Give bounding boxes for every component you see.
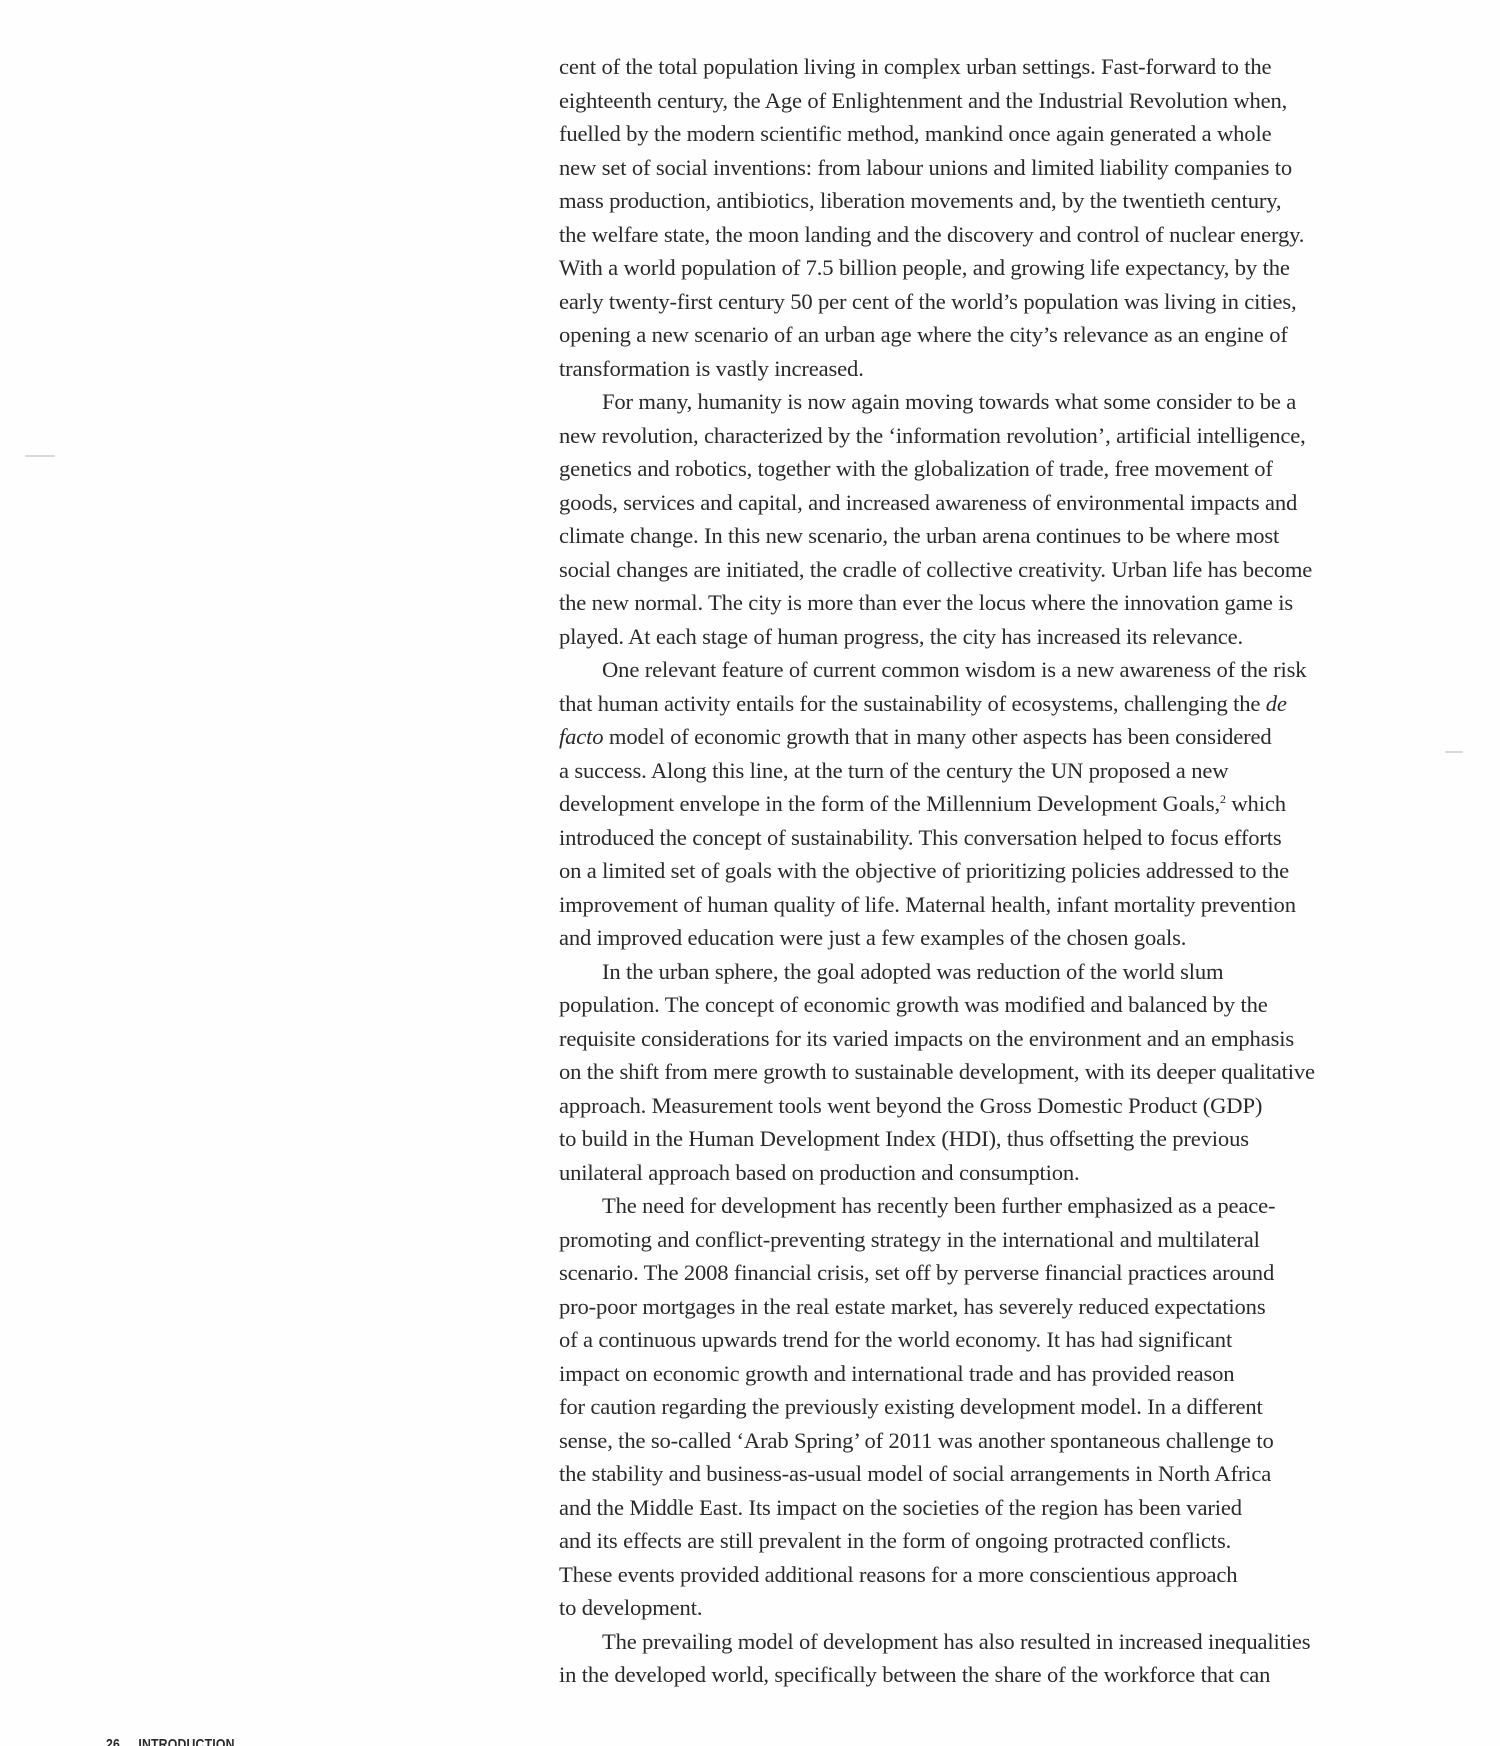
text-line: climate change. In this new scenario, th… (559, 519, 1439, 553)
line-text: These events provided additional reasons… (559, 1562, 1237, 1587)
line-text: mass production, antibiotics, liberation… (559, 188, 1281, 213)
line-text: One relevant feature of current common w… (602, 657, 1306, 682)
text-line: new set of social inventions: from labou… (559, 151, 1439, 185)
line-text: in the developed world, specifically bet… (559, 1662, 1270, 1687)
line-text: opening a new scenario of an urban age w… (559, 322, 1288, 347)
text-line: With a world population of 7.5 billion p… (559, 251, 1439, 285)
text-line: early twenty-first century 50 per cent o… (559, 285, 1439, 319)
text-line: the welfare state, the moon landing and … (559, 218, 1439, 252)
text-line: new revolution, characterized by the ‘in… (559, 419, 1439, 453)
line-text: on the shift from mere growth to sustain… (559, 1059, 1315, 1084)
text-line: the stability and business-as-usual mode… (559, 1457, 1439, 1491)
line-text: climate change. In this new scenario, th… (559, 523, 1279, 548)
line-text: fuelled by the modern scientific method,… (559, 121, 1271, 146)
line-text: of a continuous upwards trend for the wo… (559, 1327, 1232, 1352)
line-text: early twenty-first century 50 per cent o… (559, 289, 1297, 314)
line-text: and its effects are still prevalent in t… (559, 1528, 1231, 1553)
text-line: opening a new scenario of an urban age w… (559, 318, 1439, 352)
line-text: to build in the Human Development Index … (559, 1126, 1249, 1151)
text-line: The need for development has recently be… (559, 1189, 1439, 1223)
body-text-column: cent of the total population living in c… (559, 50, 1439, 1692)
line-text: scenario. The 2008 financial crisis, set… (559, 1260, 1274, 1285)
text-line: scenario. The 2008 financial crisis, set… (559, 1256, 1439, 1290)
text-line: genetics and robotics, together with the… (559, 452, 1439, 486)
page-number: 26 (106, 1736, 120, 1746)
line-text: cent of the total population living in c… (559, 54, 1271, 79)
text-line: for caution regarding the previously exi… (559, 1390, 1439, 1424)
text-line: on the shift from mere growth to sustain… (559, 1055, 1439, 1089)
line-text: pro-poor mortgages in the real estate ma… (559, 1294, 1265, 1319)
text-line: mass production, antibiotics, liberation… (559, 184, 1439, 218)
line-text: new set of social inventions: from labou… (559, 155, 1292, 180)
line-text: unilateral approach based on production … (559, 1160, 1080, 1185)
line-text: new revolution, characterized by the ‘in… (559, 423, 1306, 448)
line-text: improvement of human quality of life. Ma… (559, 892, 1296, 917)
text-line: The prevailing model of development has … (559, 1625, 1439, 1659)
line-text: and the Middle East. Its impact on the s… (559, 1495, 1242, 1520)
line-text: and improved education were just a few e… (559, 925, 1186, 950)
text-line: These events provided additional reasons… (559, 1558, 1439, 1592)
line-text: that human activity entails for the sust… (559, 691, 1266, 716)
text-line: of a continuous upwards trend for the wo… (559, 1323, 1439, 1357)
section-title: INTRODUCTION (138, 1736, 234, 1746)
italic-text: facto (559, 724, 603, 749)
text-line: in the developed world, specifically bet… (559, 1658, 1439, 1692)
text-line: approach. Measurement tools went beyond … (559, 1089, 1439, 1123)
scan-speck (25, 455, 55, 457)
line-text: With a world population of 7.5 billion p… (559, 255, 1290, 280)
line-text: The prevailing model of development has … (602, 1629, 1310, 1654)
text-line: the new normal. The city is more than ev… (559, 586, 1439, 620)
line-text: impact on economic growth and internatio… (559, 1361, 1234, 1386)
line-text: which (1226, 791, 1286, 816)
page-footer: 26 INTRODUCTION (106, 1736, 235, 1746)
text-line: For many, humanity is now again moving t… (559, 385, 1439, 419)
line-text: played. At each stage of human progress,… (559, 624, 1243, 649)
text-line: sense, the so-called ‘Arab Spring’ of 20… (559, 1424, 1439, 1458)
line-text: In the urban sphere, the goal adopted wa… (602, 959, 1223, 984)
text-line: that human activity entails for the sust… (559, 687, 1439, 721)
text-line: cent of the total population living in c… (559, 50, 1439, 84)
text-line: a success. Along this line, at the turn … (559, 754, 1439, 788)
line-text: The need for development has recently be… (602, 1193, 1275, 1218)
text-line: played. At each stage of human progress,… (559, 620, 1439, 654)
line-text: the welfare state, the moon landing and … (559, 222, 1304, 247)
line-text: a success. Along this line, at the turn … (559, 758, 1228, 783)
line-text: model of economic growth that in many ot… (603, 724, 1271, 749)
text-line: promoting and conflict-preventing strate… (559, 1223, 1439, 1257)
text-line: introduced the concept of sustainability… (559, 821, 1439, 855)
line-text: eighteenth century, the Age of Enlighten… (559, 88, 1287, 113)
text-line: to development. (559, 1591, 1439, 1625)
line-text: on a limited set of goals with the objec… (559, 858, 1289, 883)
line-text: social changes are initiated, the cradle… (559, 557, 1312, 582)
text-line: eighteenth century, the Age of Enlighten… (559, 84, 1439, 118)
text-line: improvement of human quality of life. Ma… (559, 888, 1439, 922)
text-line: and its effects are still prevalent in t… (559, 1524, 1439, 1558)
text-line: and the Middle East. Its impact on the s… (559, 1491, 1439, 1525)
line-text: the new normal. The city is more than ev… (559, 590, 1293, 615)
text-line: facto model of economic growth that in m… (559, 720, 1439, 754)
text-line: unilateral approach based on production … (559, 1156, 1439, 1190)
scan-speck (1445, 751, 1463, 753)
line-text: transformation is vastly increased. (559, 356, 864, 381)
text-line: transformation is vastly increased. (559, 352, 1439, 386)
text-line: population. The concept of economic grow… (559, 988, 1439, 1022)
line-text: requisite considerations for its varied … (559, 1026, 1294, 1051)
text-line: pro-poor mortgages in the real estate ma… (559, 1290, 1439, 1324)
line-text: introduced the concept of sustainability… (559, 825, 1282, 850)
text-line: fuelled by the modern scientific method,… (559, 117, 1439, 151)
italic-text: de (1266, 691, 1287, 716)
text-line: to build in the Human Development Index … (559, 1122, 1439, 1156)
text-line: One relevant feature of current common w… (559, 653, 1439, 687)
line-text: approach. Measurement tools went beyond … (559, 1093, 1262, 1118)
line-text: goods, services and capital, and increas… (559, 490, 1297, 515)
text-line: requisite considerations for its varied … (559, 1022, 1439, 1056)
line-text: development envelope in the form of the … (559, 791, 1220, 816)
line-text: to development. (559, 1595, 702, 1620)
line-text: for caution regarding the previously exi… (559, 1394, 1263, 1419)
line-text: For many, humanity is now again moving t… (602, 389, 1296, 414)
text-line: impact on economic growth and internatio… (559, 1357, 1439, 1391)
book-page: cent of the total population living in c… (0, 0, 1500, 1746)
text-line: on a limited set of goals with the objec… (559, 854, 1439, 888)
line-text: the stability and business-as-usual mode… (559, 1461, 1271, 1486)
line-text: genetics and robotics, together with the… (559, 456, 1273, 481)
text-line: goods, services and capital, and increas… (559, 486, 1439, 520)
text-line: social changes are initiated, the cradle… (559, 553, 1439, 587)
line-text: promoting and conflict-preventing strate… (559, 1227, 1260, 1252)
line-text: sense, the so-called ‘Arab Spring’ of 20… (559, 1428, 1274, 1453)
line-text: population. The concept of economic grow… (559, 992, 1268, 1017)
text-line: and improved education were just a few e… (559, 921, 1439, 955)
text-line: In the urban sphere, the goal adopted wa… (559, 955, 1439, 989)
text-line: development envelope in the form of the … (559, 787, 1439, 821)
